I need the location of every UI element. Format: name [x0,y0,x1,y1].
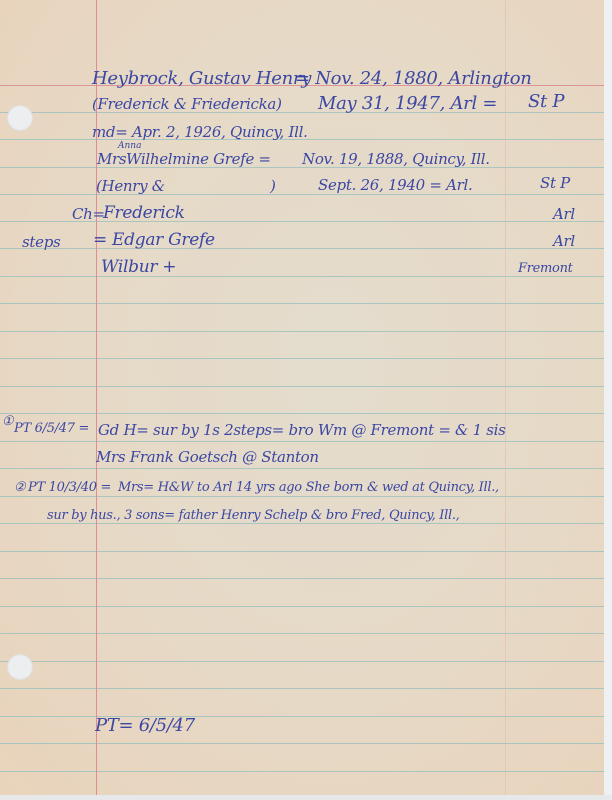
child-name: Frederick [103,205,185,222]
note-source: PT 6/5/47 = [14,422,89,435]
spouse-burial: St P [540,176,570,191]
ruled-line [0,303,604,304]
child-place: Arl [553,207,575,222]
ruled-line [0,248,604,249]
note-text: Gd H= sur by 1s 2steps= bro Wm @ Fremont… [98,423,506,438]
ruled-line [0,523,604,524]
note-continuation: Mrs Frank Goetsch @ Stanton [96,450,319,465]
child-place: Arl [553,234,575,249]
scan-edge-bottom [0,795,612,800]
spouse-parents-close: ) [270,179,276,194]
note-marker: ① [2,415,13,428]
burial: St P [528,93,564,111]
death-info: May 31, 1947, Arl = [318,95,497,113]
ruled-line [0,194,604,195]
spouse-birth: Nov. 19, 1888, Quincy, Ill. [302,152,490,167]
children-label: Ch= [72,207,105,222]
right-margin-line [505,0,506,795]
ruled-line [0,716,604,717]
spouse-death: Sept. 26, 1940 = Arl. [318,178,473,193]
spouse-parents: (Henry & [96,179,165,194]
child-name: Wilbur + [101,259,176,276]
ruled-line [0,468,604,469]
ruled-line [0,771,604,772]
ruled-line [0,441,604,442]
footer-source: PT= 6/5/47 [95,717,195,735]
ruled-line [0,688,604,689]
ruled-line [0,331,604,332]
punch-hole-top [7,105,33,131]
ruled-line [0,578,604,579]
ruled-line [0,606,604,607]
ruled-line [0,358,604,359]
ruled-line [0,661,604,662]
ruled-line [0,276,604,277]
ruled-line [0,633,604,634]
child-place: Fremont [518,262,573,275]
decedent-name: Heybrock, Gustav Henry [92,70,311,88]
ruled-paper-sheet: Heybrock, Gustav Henry = Nov. 24, 1880, … [0,0,604,795]
ruled-line [0,743,604,744]
ruled-line [0,413,604,414]
ruled-line [0,112,604,113]
child-name: = Edgar Grefe [93,232,215,249]
note-continuation: sur by hus., 3 sons= father Henry Schelp… [47,509,459,522]
parents: (Frederick & Friedericka) [92,97,282,112]
ruled-line [0,551,604,552]
ruled-line [0,496,604,497]
birth-info: = Nov. 24, 1880, Arlington [295,70,532,88]
marriage-info: md= Apr. 2, 1926, Quincy, Ill. [92,125,308,140]
left-margin-line [96,0,97,795]
note-source: PT 10/3/40 = [28,481,111,494]
punch-hole-bottom [7,654,33,680]
spouse-prefix: Mrs [97,152,126,167]
spouse-name: Wilhelmine Grefe = [126,152,271,167]
steps-label: steps [22,235,60,250]
note-text: Mrs= H&W to Arl 14 yrs ago She born & we… [118,481,499,494]
note-marker: ② [14,481,25,494]
ruled-line [0,386,604,387]
scan-edge-right [604,0,612,800]
